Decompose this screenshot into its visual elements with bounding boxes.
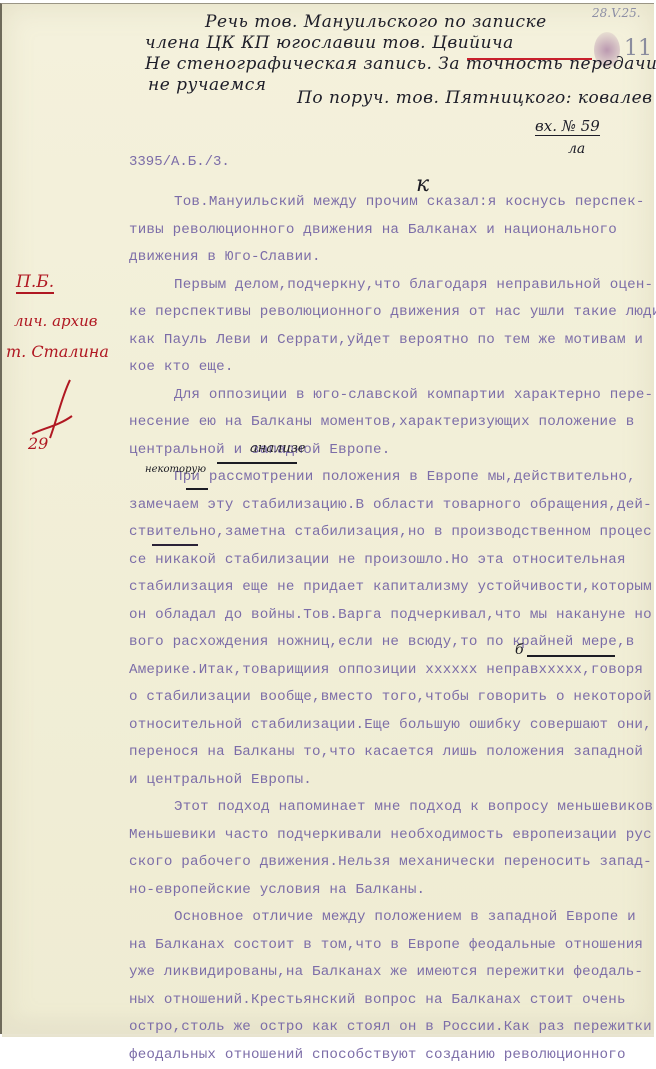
text-line: Первым делом,подчеркну,что благодаря неп… (129, 272, 644, 300)
strikethrough-mark (217, 462, 297, 464)
text-line: ствительно,заметна стабилизация,но в про… (129, 519, 644, 547)
text-line: остро,столь же остро как стоял он в Росс… (129, 1014, 644, 1042)
typed-body: Тов.Мануильский между прочим сказал:я ко… (129, 189, 644, 1047)
text-line: Для оппозиции в юго-славской компартии х… (129, 382, 644, 410)
text-line: Этот подход напоминает мне подход к вопр… (129, 794, 644, 822)
text-line: се никакой стабилизации не произошло.Но … (129, 547, 644, 575)
text-line: он обладал до войны.Тов.Варга подчеркива… (129, 602, 644, 630)
text-line: тивы революционного движения на Балканах… (129, 217, 644, 245)
text-line: несение ею на Балканы моментов,характери… (129, 409, 644, 437)
ink-correction-b: б (515, 642, 524, 658)
document-page: Речь тов. Мануильского по записке члена … (0, 3, 654, 1034)
text-line: но-европейские условия на Балканы. (129, 877, 644, 905)
margin-note-archive: лич. архив (14, 312, 97, 330)
incoming-reference: вх. № 59 (535, 117, 600, 136)
text-line: феодальных отношений способствуют создан… (129, 1042, 644, 1048)
document-reference-number: 3395/А.Б./3. (129, 154, 230, 170)
pencil-date: 28.V.25. (592, 6, 641, 20)
text-line: Тов.Мануильский между прочим сказал:я ко… (129, 189, 644, 217)
paragraph-2: Первым делом,подчеркну,что благодаря неп… (129, 272, 644, 382)
ink-correction-k: к (416, 172, 429, 197)
handwritten-header-line-2: члена ЦК КП югославии тов. Цвийича (145, 33, 514, 53)
paragraph-1: Тов.Мануильский между прочим сказал:я ко… (129, 189, 644, 272)
text-line: стабилизация еще не придает капитализму … (129, 574, 644, 602)
page-number: 11 (624, 36, 652, 61)
paragraph-4: При рассмотрении положения в Европе мы,д… (129, 464, 644, 794)
text-line: перенося на Балканы то,что касается лишь… (129, 739, 644, 767)
handwritten-header-line-5: По поруч. тов. Пятницкого: ковалев (297, 88, 653, 108)
paragraph-3: Для оппозиции в юго-славской компартии х… (129, 382, 644, 465)
text-line: как Пауль Леви и Серрати,уйдет вероятно … (129, 327, 644, 355)
text-line: вого расхождения ножниц,если не всюду,то… (129, 629, 644, 657)
handwritten-header-line-4: не ручаемся (148, 75, 267, 95)
text-line: кое кто еще. (129, 354, 644, 382)
incoming-reference-sub: ла (568, 141, 585, 157)
text-line: уже ликвидированы,на Балканах же имеются… (129, 959, 644, 987)
ink-insertion-some: некоторую (145, 464, 206, 475)
text-line: ке перспективы революционного движения о… (129, 299, 644, 327)
text-line: на Балканах состоит в том,что в Европе ф… (129, 932, 644, 960)
paragraph-5: Этот подход напоминает мне подход к вопр… (129, 794, 644, 904)
text-line: и центральной Европы. (129, 767, 644, 795)
paragraph-6: Основное отличие между положением в запа… (129, 904, 644, 1047)
text-line: замечаем эту стабилизацию.В области това… (129, 492, 644, 520)
text-line: движения в Юго-Славии. (129, 244, 644, 272)
strikethrough-mark (527, 655, 615, 657)
margin-note-stalin: т. Сталина (6, 342, 109, 361)
text-line: о стабилизации вообще,вместо того,чтобы … (129, 684, 644, 712)
handwritten-header-line-3: Не стенографическая запись. За точность … (145, 54, 656, 74)
text-line: относительной стабилизации.Еще большую о… (129, 712, 644, 740)
strikethrough-mark (186, 488, 208, 490)
text-line: Меньшевики часто подчеркивали необходимо… (129, 822, 644, 850)
text-line: Америке.Итак,товарищиия оппозиции хххххх… (129, 657, 644, 685)
margin-note-number: 29 (28, 434, 48, 453)
text-line: ных отношений.Крестьянский вопрос на Бал… (129, 987, 644, 1015)
strikethrough-mark (152, 544, 198, 546)
text-line: ского рабочего движения.Нельзя механичес… (129, 849, 644, 877)
margin-note-pb: П.Б. (16, 272, 54, 294)
ink-insertion-analysis: анализе (250, 441, 306, 456)
text-line: центральной и западной Европе. (129, 437, 644, 465)
text-line: Основное отличие между положением в запа… (129, 904, 644, 932)
handwritten-header-line-1: Речь тов. Мануильского по записке (205, 12, 547, 32)
